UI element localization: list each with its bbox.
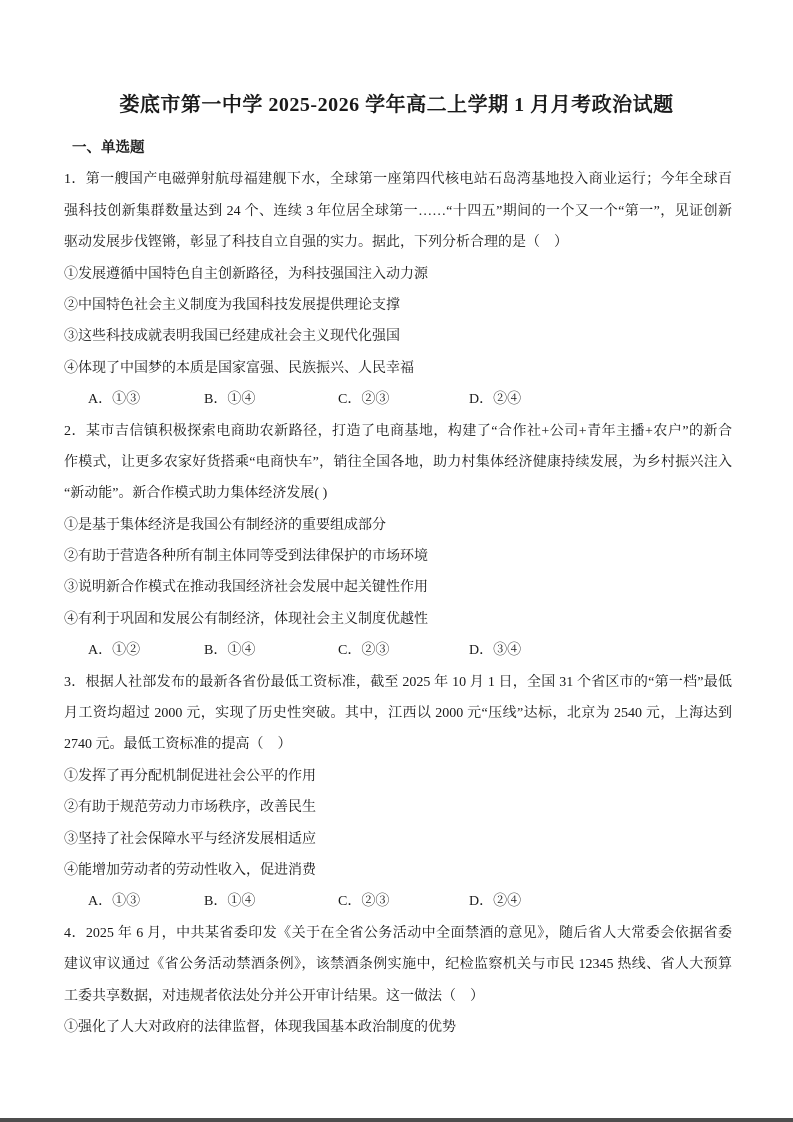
question-1-choice-4: ④体现了中国梦的本质是国家富强、民族振兴、人民幸福 xyxy=(64,353,732,384)
question-3-option-d: D．②④ xyxy=(469,886,521,917)
question-3-options-row: A．①③ B．①④ C．②③ D．②④ xyxy=(64,886,732,917)
question-1-option-c: C．②③ xyxy=(338,384,389,415)
question-3-choice-4: ④能增加劳动者的劳动性收入，促进消费 xyxy=(64,855,732,886)
question-2-stem-line-2: 作模式，让更多农家好货搭乘“电商快车”，销往全国各地，助力村集体经济健康持续发展… xyxy=(64,447,732,478)
question-2-option-c: C．②③ xyxy=(338,635,389,666)
question-1-options-row: A．①③ B．①④ C．②③ D．②④ xyxy=(64,384,732,415)
question-2-stem-line-3: “新动能”。新合作模式助力集体经济发展( ) xyxy=(64,478,732,509)
question-3-stem-line-3: 2740 元。最低工资标准的提高（ ） xyxy=(64,729,732,760)
question-1-stem-line-2: 强科技创新集群数量达到 24 个、连续 3 年位居全球第一……“十四五”期间的一… xyxy=(64,196,732,227)
question-2-choice-2: ②有助于营造各种所有制主体同等受到法律保护的市场环境 xyxy=(64,541,732,572)
question-1-option-a: A．①③ xyxy=(88,384,140,415)
question-2-stem-line-1: 2．某市吉信镇积极探索电商助农新路径，打造了电商基地，构建了“合作社+公司+青年… xyxy=(64,416,732,447)
question-3-choice-3: ③坚持了社会保障水平与经济发展相适应 xyxy=(64,824,732,855)
question-4-stem-line-3: 工委共享数据，对违规者依法处分并公开审计结果。这一做法（ ） xyxy=(64,981,732,1012)
question-3-stem-line-1: 3．根据人社部发布的最新各省份最低工资标准，截至 2025 年 10 月 1 日… xyxy=(64,667,732,698)
question-4-stem-line-1: 4．2025 年 6 月，中共某省委印发《关于在全省公务活动中全面禁酒的意见》，… xyxy=(64,918,732,949)
exam-document-page: 娄底市第一中学 2025-2026 学年高二上学期 1 月月考政治试题 一、单选… xyxy=(0,0,793,1122)
question-3-option-b: B．①④ xyxy=(204,886,255,917)
question-3-option-a: A．①③ xyxy=(88,886,140,917)
question-1-stem-line-1: 1．第一艘国产电磁弹射航母福建舰下水，全球第一座第四代核电站石岛湾基地投入商业运… xyxy=(64,164,732,195)
question-2-choice-3: ③说明新合作模式在推动我国经济社会发展中起关键性作用 xyxy=(64,572,732,603)
question-4-choice-1: ①强化了人大对政府的法律监督，体现我国基本政治制度的优势 xyxy=(64,1012,732,1043)
question-1-choice-3: ③这些科技成就表明我国已经建成社会主义现代化强国 xyxy=(64,321,732,352)
question-2-options-row: A．①② B．①④ C．②③ D．③④ xyxy=(64,635,732,666)
question-3-choice-1: ①发挥了再分配机制促进社会公平的作用 xyxy=(64,761,732,792)
question-2-option-b: B．①④ xyxy=(204,635,255,666)
question-1-option-b: B．①④ xyxy=(204,384,255,415)
question-3-option-c: C．②③ xyxy=(338,886,389,917)
question-2-choice-1: ①是基于集体经济是我国公有制经济的重要组成部分 xyxy=(64,510,732,541)
question-2-option-a: A．①② xyxy=(88,635,140,666)
section-heading: 一、单选题 xyxy=(64,133,732,164)
window-bottom-edge xyxy=(0,1118,793,1122)
question-3-stem-line-2: 月工资均超过 2000 元，实现了历史性突破。其中，江西以 2000 元“压线”… xyxy=(64,698,732,729)
exam-title: 娄底市第一中学 2025-2026 学年高二上学期 1 月月考政治试题 xyxy=(0,88,793,117)
question-1-stem-line-3: 驱动发展步伐铿锵，彰显了科技自立自强的实力。据此，下列分析合理的是（ ） xyxy=(64,227,732,258)
exam-content: 一、单选题 1．第一艘国产电磁弹射航母福建舰下水，全球第一座第四代核电站石岛湾基… xyxy=(64,133,732,1043)
question-3-choice-2: ②有助于规范劳动力市场秩序，改善民生 xyxy=(64,792,732,823)
question-1-option-d: D．②④ xyxy=(469,384,521,415)
question-1-choice-1: ①发展遵循中国特色自主创新路径，为科技强国注入动力源 xyxy=(64,259,732,290)
question-2-option-d: D．③④ xyxy=(469,635,521,666)
question-4-stem-line-2: 建议审议通过《省公务活动禁酒条例》，该禁酒条例实施中，纪检监察机关与市民 123… xyxy=(64,949,732,980)
question-2-choice-4: ④有利于巩固和发展公有制经济，体现社会主义制度优越性 xyxy=(64,604,732,635)
question-1-choice-2: ②中国特色社会主义制度为我国科技发展提供理论支撑 xyxy=(64,290,732,321)
